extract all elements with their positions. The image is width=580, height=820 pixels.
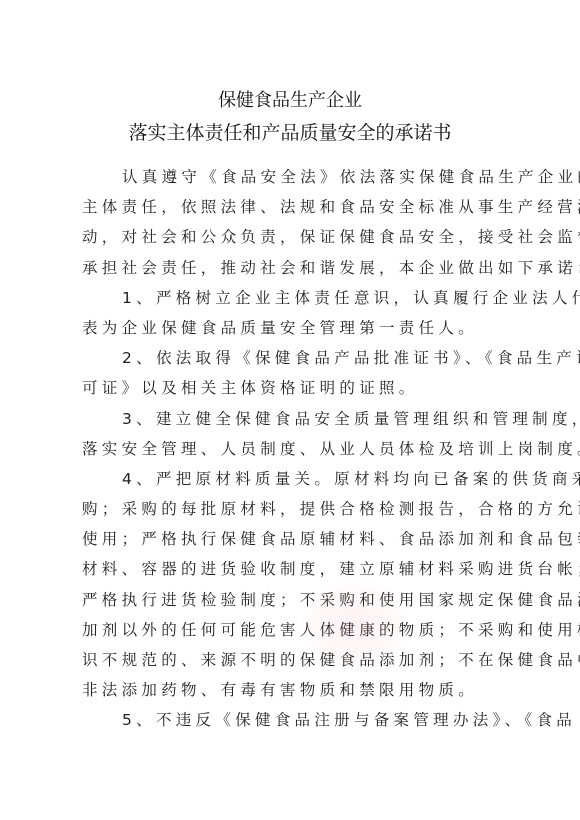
paragraph-line: 认真遵守《食品安全法》依法落实保健食品生产企业的 [82, 162, 487, 192]
paragraph-line: 识不规范的、来源不明的保健食品添加剂；不在保健食品中 [82, 645, 487, 675]
paragraph-line: 承担社会责任，推动社会和谐发展，本企业做出如下承诺： [82, 253, 487, 283]
document-page: 保健食品生产企业 落实主体责任和产品质量安全的承诺书 认真遵守《食品安全法》依法… [0, 0, 580, 820]
paragraph-line: 主体责任，依照法律、法规和食品安全标准从事生产经营活 [82, 192, 487, 222]
paragraph-line: 购；采购的每批原材料，提供合格检测报告，合格的方允许 [82, 494, 487, 524]
document-body: 认真遵守《食品安全法》依法落实保健食品生产企业的 主体责任，依照法律、法规和食品… [82, 162, 487, 736]
document-title-line-1: 保健食品生产企业 [0, 86, 580, 112]
document-title-line-2: 落实主体责任和产品质量安全的承诺书 [0, 118, 580, 145]
paragraph-line: 加剂以外的任何可能危害人体健康的物质；不采购和使用标 [82, 615, 487, 645]
paragraph-line: 3、建立健全保健食品安全质量管理组织和管理制度， [82, 404, 487, 434]
paragraph-line: 非法添加药物、有毒有害物质和禁限用物质。 [82, 675, 487, 705]
paragraph-line: 动，对社会和公众负责，保证保健食品安全，接受社会监督， [82, 222, 487, 252]
paragraph-line: 2、依法取得《保健食品产品批准证书》、《食品生产许 [82, 343, 487, 373]
paragraph-line: 严格执行进货检验制度；不采购和使用国家规定保健食品添 [82, 585, 487, 615]
paragraph-line: 4、严把原材料质量关。原材料均向已备案的供货商采 [82, 464, 487, 494]
paragraph-line: 表为企业保健食品质量安全管理第一责任人。 [82, 313, 487, 343]
paragraph-line: 可证》以及相关主体资格证明的证照。 [82, 373, 487, 403]
paragraph-line: 材料、容器的进货验收制度，建立原辅材料采购进货台帐； [82, 554, 487, 584]
paragraph-line: 5、不违反《保健食品注册与备案管理办法》、《食品 [82, 705, 487, 735]
paragraph-line: 落实安全管理、人员制度、从业人员体检及培训上岗制度。 [82, 434, 487, 464]
paragraph-line: 1、严格树立企业主体责任意识，认真履行企业法人代 [82, 283, 487, 313]
paragraph-line: 使用；严格执行保健食品原辅材料、食品添加剂和食品包装 [82, 524, 487, 554]
